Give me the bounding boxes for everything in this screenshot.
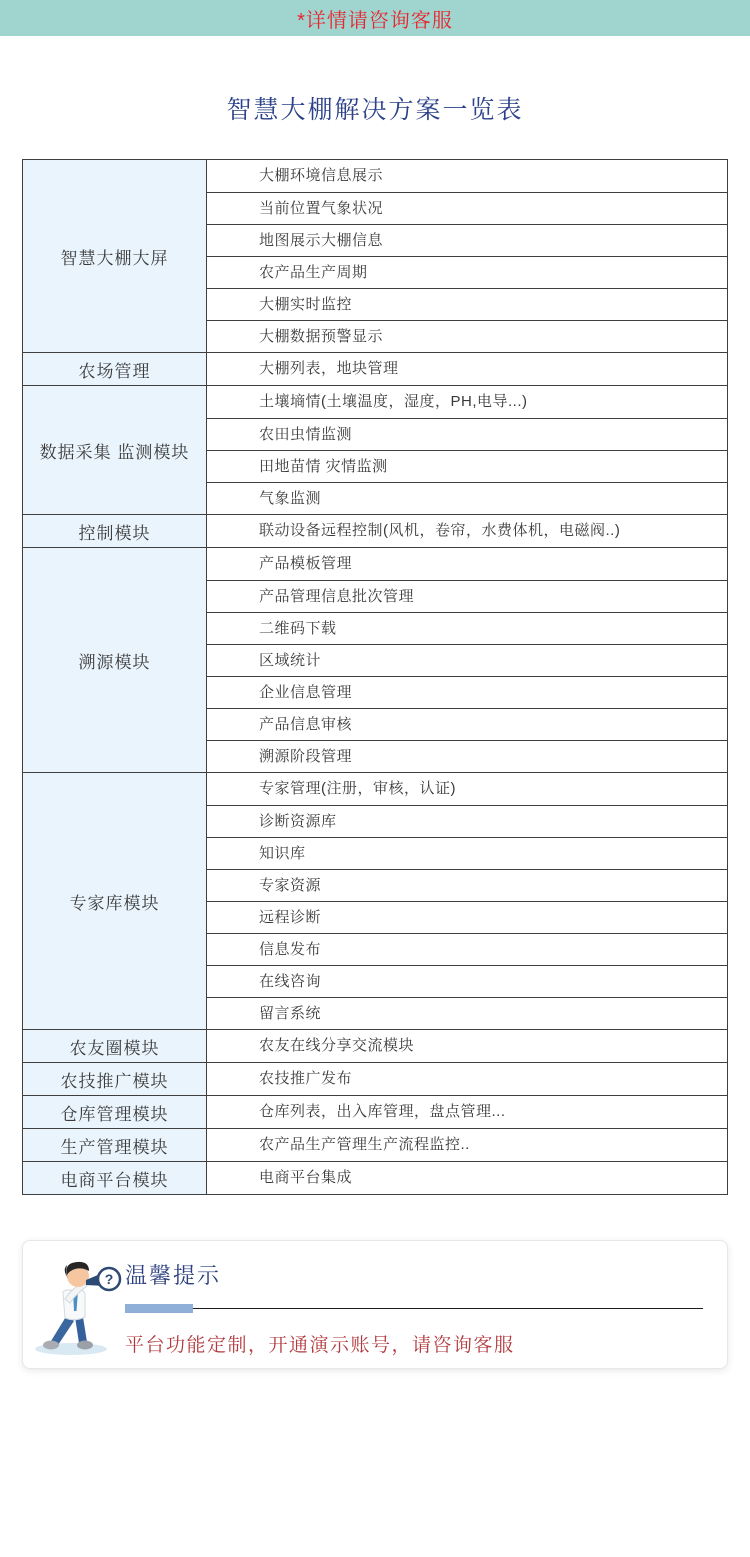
item-cell: 信息发布 (207, 933, 727, 965)
item-cell: 溯源阶段管理 (207, 740, 727, 772)
divider-line (125, 1308, 703, 1309)
table-group-row: 农技推广模块农技推广发布 (23, 1062, 727, 1095)
item-cell: 二维码下载 (207, 612, 727, 644)
item-cell: 气象监测 (207, 482, 727, 514)
item-list: 产品模板管理产品管理信息批次管理二维码下载区域统计企业信息管理产品信息审核溯源阶… (207, 548, 727, 772)
category-cell: 电商平台模块 (23, 1162, 207, 1194)
tips-message: 平台功能定制，开通演示账号，请咨询客服 (125, 1330, 703, 1357)
table-group-row: 仓库管理模块仓库列表，出入库管理，盘点管理... (23, 1095, 727, 1128)
item-cell: 大棚数据预警显示 (207, 320, 727, 352)
page-title: 智慧大棚解决方案一览表 (0, 90, 750, 126)
item-cell: 当前位置气象状况 (207, 192, 727, 224)
category-cell: 生产管理模块 (23, 1129, 207, 1161)
top-notice-banner: *详情请咨询客服 (0, 0, 750, 36)
table-group-row: 生产管理模块农产品生产管理生产流程监控.. (23, 1128, 727, 1161)
category-cell: 农友圈模块 (23, 1030, 207, 1062)
table-group-row: 溯源模块产品模板管理产品管理信息批次管理二维码下载区域统计企业信息管理产品信息审… (23, 547, 727, 772)
table-group-row: 农场管理大棚列表，地块管理 (23, 352, 727, 385)
item-cell: 仓库列表，出入库管理，盘点管理... (207, 1096, 727, 1128)
item-cell: 电商平台集成 (207, 1162, 727, 1194)
table-group-row: 数据采集 监测模块土壤墒情(土壤温度，湿度，PH,电导...)农田虫情监测田地苗… (23, 385, 727, 514)
item-cell: 农友在线分享交流模块 (207, 1030, 727, 1062)
item-cell: 农产品生产周期 (207, 256, 727, 288)
item-cell: 产品信息审核 (207, 708, 727, 740)
item-cell: 大棚列表，地块管理 (207, 353, 727, 385)
item-cell: 农技推广发布 (207, 1063, 727, 1095)
item-list: 专家管理(注册，审核，认证)诊断资源库知识库专家资源远程诊断信息发布在线咨询留言… (207, 773, 727, 1029)
tips-card: ? 温馨提示 平台功能定制，开通演示账号，请咨询客服 (22, 1240, 728, 1369)
item-cell: 远程诊断 (207, 901, 727, 933)
item-list: 农技推广发布 (207, 1063, 727, 1095)
item-cell: 大棚实时监控 (207, 288, 727, 320)
category-cell: 智慧大棚大屏 (23, 160, 207, 352)
item-cell: 农产品生产管理生产流程监控.. (207, 1129, 727, 1161)
item-cell: 地图展示大棚信息 (207, 224, 727, 256)
category-cell: 农技推广模块 (23, 1063, 207, 1095)
item-cell: 产品模板管理 (207, 548, 727, 580)
item-list: 电商平台集成 (207, 1162, 727, 1194)
tips-title: 温馨提示 (125, 1259, 703, 1290)
category-cell: 控制模块 (23, 515, 207, 547)
table-group-row: 专家库模块专家管理(注册，审核，认证)诊断资源库知识库专家资源远程诊断信息发布在… (23, 772, 727, 1029)
item-cell: 产品管理信息批次管理 (207, 580, 727, 612)
item-cell: 企业信息管理 (207, 676, 727, 708)
tips-divider (125, 1304, 703, 1313)
item-cell: 区域统计 (207, 644, 727, 676)
item-cell: 诊断资源库 (207, 805, 727, 837)
item-cell: 专家资源 (207, 869, 727, 901)
category-cell: 专家库模块 (23, 773, 207, 1029)
category-cell: 仓库管理模块 (23, 1096, 207, 1128)
svg-text:?: ? (105, 1271, 114, 1287)
item-list: 农友在线分享交流模块 (207, 1030, 727, 1062)
telescope-man-icon: ? (29, 1255, 125, 1357)
table-group-row: 农友圈模块农友在线分享交流模块 (23, 1029, 727, 1062)
item-cell: 知识库 (207, 837, 727, 869)
item-list: 大棚环境信息展示当前位置气象状况地图展示大棚信息农产品生产周期大棚实时监控大棚数… (207, 160, 727, 352)
tips-content: 温馨提示 平台功能定制，开通演示账号，请咨询客服 (125, 1255, 703, 1368)
item-cell: 大棚环境信息展示 (207, 160, 727, 192)
item-cell: 专家管理(注册，审核，认证) (207, 773, 727, 805)
item-list: 农产品生产管理生产流程监控.. (207, 1129, 727, 1161)
item-cell: 留言系统 (207, 997, 727, 1029)
category-cell: 农场管理 (23, 353, 207, 385)
notice-text: *详情请咨询客服 (297, 4, 453, 33)
item-cell: 农田虫情监测 (207, 418, 727, 450)
item-cell: 田地苗情 灾情监测 (207, 450, 727, 482)
solution-table: 智慧大棚大屏大棚环境信息展示当前位置气象状况地图展示大棚信息农产品生产周期大棚实… (22, 159, 728, 1195)
table-group-row: 电商平台模块电商平台集成 (23, 1161, 727, 1194)
item-list: 大棚列表，地块管理 (207, 353, 727, 385)
table-group-row: 智慧大棚大屏大棚环境信息展示当前位置气象状况地图展示大棚信息农产品生产周期大棚实… (23, 160, 727, 352)
table-group-row: 控制模块联动设备远程控制(风机，卷帘，水费体机，电磁阀..) (23, 514, 727, 547)
category-cell: 溯源模块 (23, 548, 207, 772)
item-list: 土壤墒情(土壤温度，湿度，PH,电导...)农田虫情监测田地苗情 灾情监测气象监… (207, 386, 727, 514)
item-cell: 土壤墒情(土壤温度，湿度，PH,电导...) (207, 386, 727, 418)
item-list: 联动设备远程控制(风机，卷帘，水费体机，电磁阀..) (207, 515, 727, 547)
item-list: 仓库列表，出入库管理，盘点管理... (207, 1096, 727, 1128)
divider-accent-bar (125, 1304, 193, 1313)
customer-service-illustration: ? (29, 1255, 125, 1368)
category-cell: 数据采集 监测模块 (23, 386, 207, 514)
item-cell: 联动设备远程控制(风机，卷帘，水费体机，电磁阀..) (207, 515, 727, 547)
item-cell: 在线咨询 (207, 965, 727, 997)
